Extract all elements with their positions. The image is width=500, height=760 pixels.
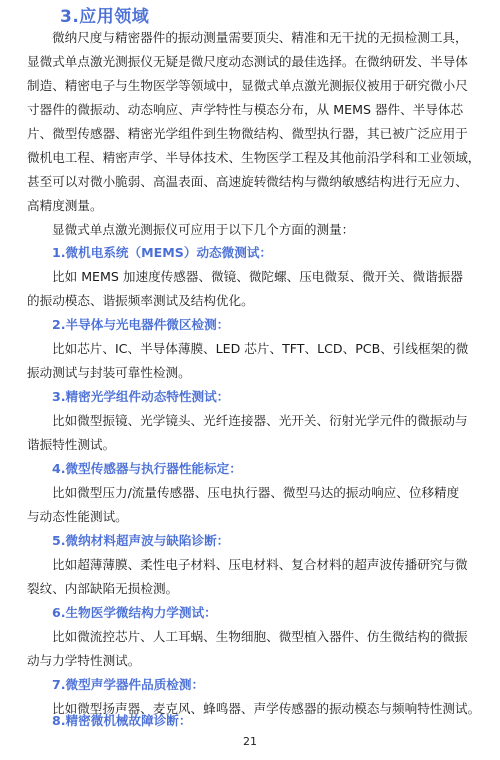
lead-in-text: 显微式单点激光测振仪可应用于以下几个方面的测量： [52,218,354,242]
intro-line: 微纳尺度与精密器件的振动测量需要顶尖、精准和无干扰的无损检测工具， [52,26,468,50]
item-text: 的振动模态、谐振频率测试及结构优化。 [27,289,254,313]
intro-line: 甚至可以对微小脆弱、高温表面、高速旋转微结构与微纳敏感结构进行无应力、 [27,170,468,194]
item-text: 谐振特性测试。 [27,433,115,457]
item-text: 比如微流控芯片、人工耳蜗、生物细胞、微型植入器件、仿生微结构的微振 [52,625,468,649]
intro-line: 显微式单点激光测振仪无疑是微尺度动态测试的最佳选择。在微纳研发、半导体 [27,50,468,74]
intro-line: 高精度测量。 [27,194,103,218]
item-heading-1: 1.微机电系统（MEMS）动态微测试： [52,241,272,265]
item-heading-7: 7.微型声学器件品质检测： [52,673,204,697]
item-text: 比如芯片、IC、半导体薄膜、LED 芯片、TFT、LCD、PCB、引线框架的微 [52,337,468,361]
item-text: 裂纹、内部缺陷无损检测。 [27,577,178,601]
item-text: 比如微型振镜、光学镜头、光纤连接器、光开关、衍射光学元件的微振动与 [52,409,468,433]
section-title: 3.应用领域 [60,2,149,27]
item-text: 比如微型压力/流量传感器、压电执行器、微型马达的振动响应、位移精度 [52,481,459,505]
intro-line: 片、微型传感器、精密光学组件到生物微结构、微型执行器，其已被广泛应用于 [27,122,468,146]
intro-line: 寸器件的微振动、动态响应、声学特性与模态分布，从 MEMS 器件、半导体芯 [27,98,463,122]
item-heading-5: 5.微纳材料超声波与缺陷诊断： [52,529,229,553]
item-text: 与动态性能测试。 [27,505,128,529]
item-heading-6: 6.生物医学微结构力学测试： [52,601,217,625]
item-heading-4: 4.微型传感器与执行器性能标定： [52,457,242,481]
item-text: 比如超薄薄膜、柔性电子材料、压电材料、复合材料的超声波传播研究与微 [52,553,468,577]
document-page: 3.应用领域 微纳尺度与精密器件的振动测量需要顶尖、精准和无干扰的无损检测工具，… [0,0,500,760]
item-heading-3: 3.精密光学组件动态特性测试： [52,385,229,409]
item-text: 比如 MEMS 加速度传感器、微镜、微陀螺、压电微泵、微开关、微谐振器 [52,265,463,289]
item-text: 振动测试与封装可靠性检测。 [27,361,191,385]
item-heading-8: 8.精密微机械故障诊断： [52,709,192,733]
page-number: 21 [0,735,500,748]
intro-line: 微机电工程、精密声学、半导体技术、生物医学工程及其他前沿学科和工业领域， [27,146,480,170]
item-text: 动与力学特性测试。 [27,649,140,673]
intro-line: 制造、精密电子与生物医学等领域中，显微式单点激光测振仪被用于研究微小尺 [27,74,468,98]
item-heading-2: 2.半导体与光电器件微区检测： [52,313,229,337]
